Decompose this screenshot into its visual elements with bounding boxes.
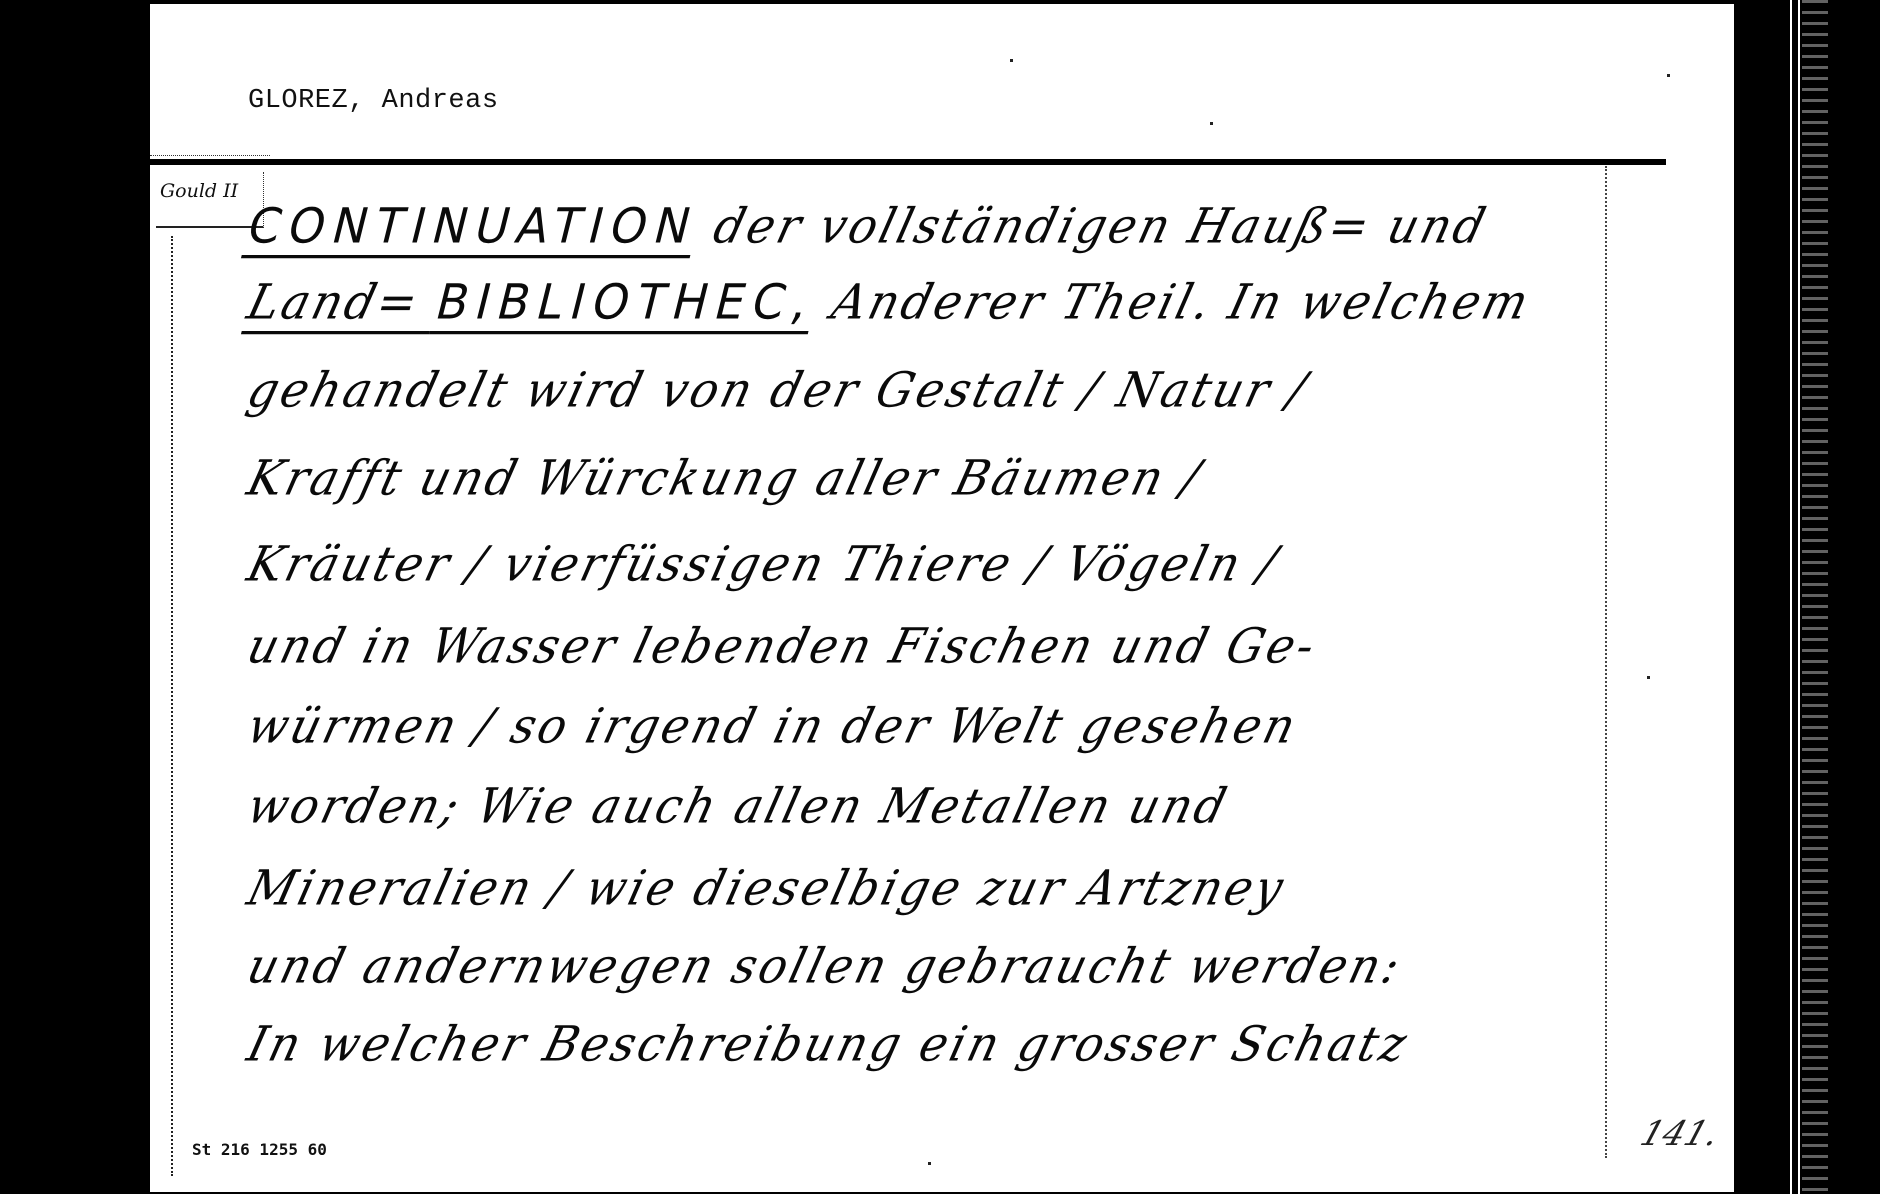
handwritten-line-6: und in Wasser lebenden Fischen und Ge- [242, 617, 1323, 674]
handwritten-line-4: Krafft und Würckung aller Bäumen / [242, 449, 1209, 506]
scan-line [1790, 0, 1792, 1194]
scan-speck [928, 1162, 931, 1165]
line-text: Kräuter / vierfüssigen Thiere / Vögeln / [242, 535, 1285, 592]
footer-archive-code: St 216 1255 60 [192, 1140, 327, 1159]
line-text: und andernwegen sollen gebraucht werden: [242, 937, 1409, 994]
line-text: Land= [242, 273, 444, 330]
line-text: worden; Wie auch allen Metallen und [242, 777, 1235, 834]
stamp-text: Gould II [160, 180, 238, 202]
archive-stamp: Gould II [156, 172, 264, 228]
line-text: würmen / so irgend in der Welt gesehen [242, 697, 1304, 754]
handwritten-line-9: Mineralien / wie dieselbige zur Artzney [242, 859, 1292, 916]
header-name: GLOREZ, Andreas [248, 86, 499, 116]
line-text: und in Wasser lebenden Fischen und Ge- [242, 617, 1323, 674]
title-bibliothec: BIBLIOTHEC, [430, 273, 823, 330]
line-text: Krafft und Würckung aller Bäumen / [242, 449, 1209, 506]
left-margin-line [171, 236, 173, 1176]
scan-line [1798, 0, 1800, 1194]
handwritten-line-5: Kräuter / vierfüssigen Thiere / Vögeln / [242, 535, 1285, 592]
handwritten-line-3: gehandelt wird von der Gestalt / Natur / [242, 361, 1315, 418]
header-rule [150, 159, 1666, 165]
handwritten-line-7: würmen / so irgend in der Welt gesehen [242, 697, 1304, 754]
handwritten-line-1: CONTINUATION der vollständigen Hauß= und [242, 197, 1494, 254]
scan-speck [1210, 122, 1213, 125]
line-text: Anderer Theil. In welchem [809, 273, 1537, 330]
scan-border-left [0, 0, 150, 1194]
line-text: Mineralien / wie dieselbige zur Artzney [242, 859, 1292, 916]
title-continuation: CONTINUATION [242, 197, 705, 254]
handwritten-line-10: und andernwegen sollen gebraucht werden: [242, 937, 1409, 994]
line-text: gehandelt wird von der Gestalt / Natur / [242, 361, 1315, 418]
scan-noise [1802, 0, 1828, 1194]
top-dotted-rule [150, 155, 270, 157]
scan-speck [1010, 59, 1013, 62]
scan-speck [1647, 676, 1650, 679]
handwritten-line-11: In welcher Beschreibung ein grosser Scha… [242, 1015, 1415, 1072]
scan-speck [1667, 74, 1670, 77]
page-number: 141. [1636, 1114, 1725, 1154]
handwritten-line-8: worden; Wie auch allen Metallen und [242, 777, 1235, 834]
scan-border-right [1734, 0, 1880, 1194]
line-text: der vollständigen Hauß= und [691, 197, 1494, 254]
right-margin-line [1605, 166, 1607, 1158]
line-text: In welcher Beschreibung ein grosser Scha… [242, 1015, 1415, 1072]
document-page: GLOREZ, Andreas Gould II CONTINUATION de… [150, 4, 1734, 1192]
handwritten-line-2: Land= BIBLIOTHEC, Anderer Theil. In welc… [242, 273, 1537, 330]
